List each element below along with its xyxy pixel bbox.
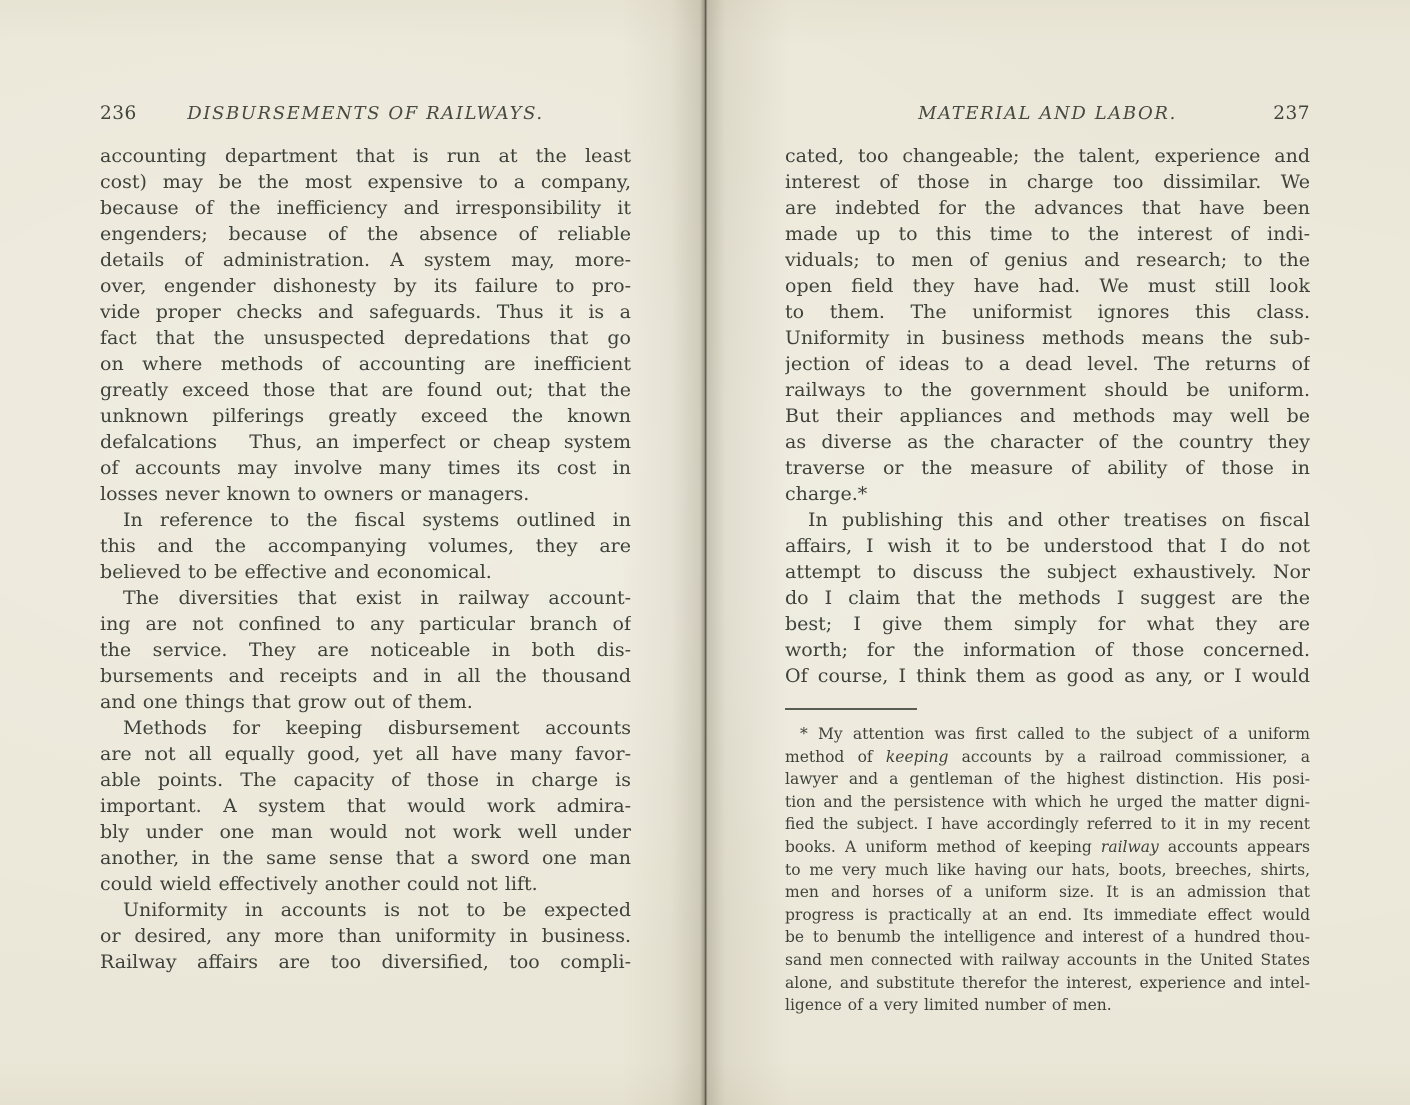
- text-line: alone, and substitute therefor the inter…: [785, 972, 1310, 995]
- text-line: made up to this time to the interest of …: [785, 221, 1310, 247]
- text-line: are indebted for the advances that have …: [785, 195, 1310, 221]
- text-line: affairs, I wish it to be understood that…: [785, 533, 1310, 559]
- text-line: over, engender dishonesty by its failure…: [100, 273, 631, 299]
- page-number-left: 236: [100, 103, 137, 124]
- body-text-right: cated, too changeable; the talent, exper…: [785, 143, 1310, 689]
- text-line: Methods for keeping disbursement account…: [100, 715, 631, 741]
- text-line: losses never known to owners or managers…: [100, 481, 631, 507]
- text-line: bursements and receipts and in all the t…: [100, 663, 631, 689]
- text-line: ligence of a very limited number of men.: [785, 994, 1310, 1017]
- paragraph: * My attention was first called to the s…: [785, 723, 1310, 1017]
- text-line: The diversities that exist in railway ac…: [100, 585, 631, 611]
- text-line: this and the accompanying volumes, they …: [100, 533, 631, 559]
- paragraph: In publishing this and other treatises o…: [785, 507, 1310, 689]
- footnote-rule: [785, 708, 917, 710]
- text-line: be to benumb the intelligence and intere…: [785, 926, 1310, 949]
- text-line: to them. The uniformist ignores this cla…: [785, 299, 1310, 325]
- book-spread: { "left_page": { "page_number": "236", "…: [0, 0, 1410, 1105]
- text-line: accounting department that is run at the…: [100, 143, 631, 169]
- text-line: method of keeping accounts by a railroad…: [785, 746, 1310, 769]
- text-line: worth; for the information of those conc…: [785, 637, 1310, 663]
- paragraph: cated, too changeable; the talent, exper…: [785, 143, 1310, 507]
- text-line: or desired, any more than uniformity in …: [100, 923, 631, 949]
- running-title-right: MATERIAL AND LABOR.: [918, 103, 1177, 124]
- text-line: progress is practically at an end. Its i…: [785, 904, 1310, 927]
- text-line: bly under one man would not work well un…: [100, 819, 631, 845]
- page-left: 236 DISBURSEMENTS OF RAILWAYS. accountin…: [100, 103, 631, 975]
- text-line: men and horses of a uniform size. It is …: [785, 881, 1310, 904]
- text-line: attempt to discuss the subject exhaustiv…: [785, 559, 1310, 585]
- page-right: MATERIAL AND LABOR. 237 cated, too chang…: [785, 103, 1310, 1017]
- paragraph: The diversities that exist in railway ac…: [100, 585, 631, 715]
- running-head-right: MATERIAL AND LABOR. 237: [785, 103, 1310, 127]
- text-line: Railway affairs are too diversified, too…: [100, 949, 631, 975]
- text-line: books. A uniform method of keeping railw…: [785, 836, 1310, 859]
- text-line: believed to be effective and economical.: [100, 559, 631, 585]
- text-line: on where methods of accounting are ineff…: [100, 351, 631, 377]
- running-title-left: DISBURSEMENTS OF RAILWAYS.: [187, 103, 543, 124]
- text-line: But their appliances and methods may wel…: [785, 403, 1310, 429]
- paragraph: Uniformity in accounts is not to be expe…: [100, 897, 631, 975]
- text-line: able points. The capacity of those in ch…: [100, 767, 631, 793]
- footnote-text: * My attention was first called to the s…: [785, 723, 1310, 1017]
- text-line: Uniformity in accounts is not to be expe…: [100, 897, 631, 923]
- text-line: tion and the persistence with which he u…: [785, 791, 1310, 814]
- text-line: vide proper checks and safeguards. Thus …: [100, 299, 631, 325]
- text-line: engenders; because of the absence of rel…: [100, 221, 631, 247]
- text-line: interest of those in charge too dissimil…: [785, 169, 1310, 195]
- paragraph: Methods for keeping disbursement account…: [100, 715, 631, 897]
- text-line: are not all equally good, yet all have m…: [100, 741, 631, 767]
- text-line: defalcations Thus, an imperfect or cheap…: [100, 429, 631, 455]
- text-line: to me very much like having our hats, bo…: [785, 859, 1310, 882]
- page-number-right: 237: [1273, 103, 1310, 124]
- text-line: Of course, I think them as good as any, …: [785, 663, 1310, 689]
- text-line: Uniformity in business methods means the…: [785, 325, 1310, 351]
- text-line: cated, too changeable; the talent, exper…: [785, 143, 1310, 169]
- text-line: could wield effectively another could no…: [100, 871, 631, 897]
- body-text-left: accounting department that is run at the…: [100, 143, 631, 975]
- text-line: and one things that grow out of them.: [100, 689, 631, 715]
- text-line: details of administration. A system may,…: [100, 247, 631, 273]
- text-line: lawyer and a gentleman of the highest di…: [785, 768, 1310, 791]
- paragraph: In reference to the fiscal systems outli…: [100, 507, 631, 585]
- text-line: sand men connected with railway accounts…: [785, 949, 1310, 972]
- text-line: unknown pilferings greatly exceed the kn…: [100, 403, 631, 429]
- text-line: fied the subject. I have accordingly ref…: [785, 813, 1310, 836]
- text-line: In reference to the fiscal systems outli…: [100, 507, 631, 533]
- text-line: best; I give them simply for what they a…: [785, 611, 1310, 637]
- text-line: of accounts may involve many times its c…: [100, 455, 631, 481]
- text-line: important. A system that would work admi…: [100, 793, 631, 819]
- book-gutter-shadow: [620, 0, 790, 1105]
- text-line: another, in the same sense that a sword …: [100, 845, 631, 871]
- text-line: charge.*: [785, 481, 1310, 507]
- text-line: In publishing this and other treatises o…: [785, 507, 1310, 533]
- text-line: the service. They are noticeable in both…: [100, 637, 631, 663]
- text-line: traverse or the measure of ability of th…: [785, 455, 1310, 481]
- text-line: railways to the government should be uni…: [785, 377, 1310, 403]
- running-head-left: 236 DISBURSEMENTS OF RAILWAYS.: [100, 103, 631, 127]
- text-line: do I claim that the methods I suggest ar…: [785, 585, 1310, 611]
- text-line: as diverse as the character of the count…: [785, 429, 1310, 455]
- text-line: ing are not confined to any particular b…: [100, 611, 631, 637]
- text-line: cost) may be the most expensive to a com…: [100, 169, 631, 195]
- text-line: fact that the unsuspected depredations t…: [100, 325, 631, 351]
- text-line: * My attention was first called to the s…: [785, 723, 1310, 746]
- text-line: because of the inefficiency and irrespon…: [100, 195, 631, 221]
- paragraph: accounting department that is run at the…: [100, 143, 631, 507]
- text-line: viduals; to men of genius and research; …: [785, 247, 1310, 273]
- text-line: jection of ideas to a dead level. The re…: [785, 351, 1310, 377]
- text-line: greatly exceed those that are found out;…: [100, 377, 631, 403]
- text-line: open field they have had. We must still …: [785, 273, 1310, 299]
